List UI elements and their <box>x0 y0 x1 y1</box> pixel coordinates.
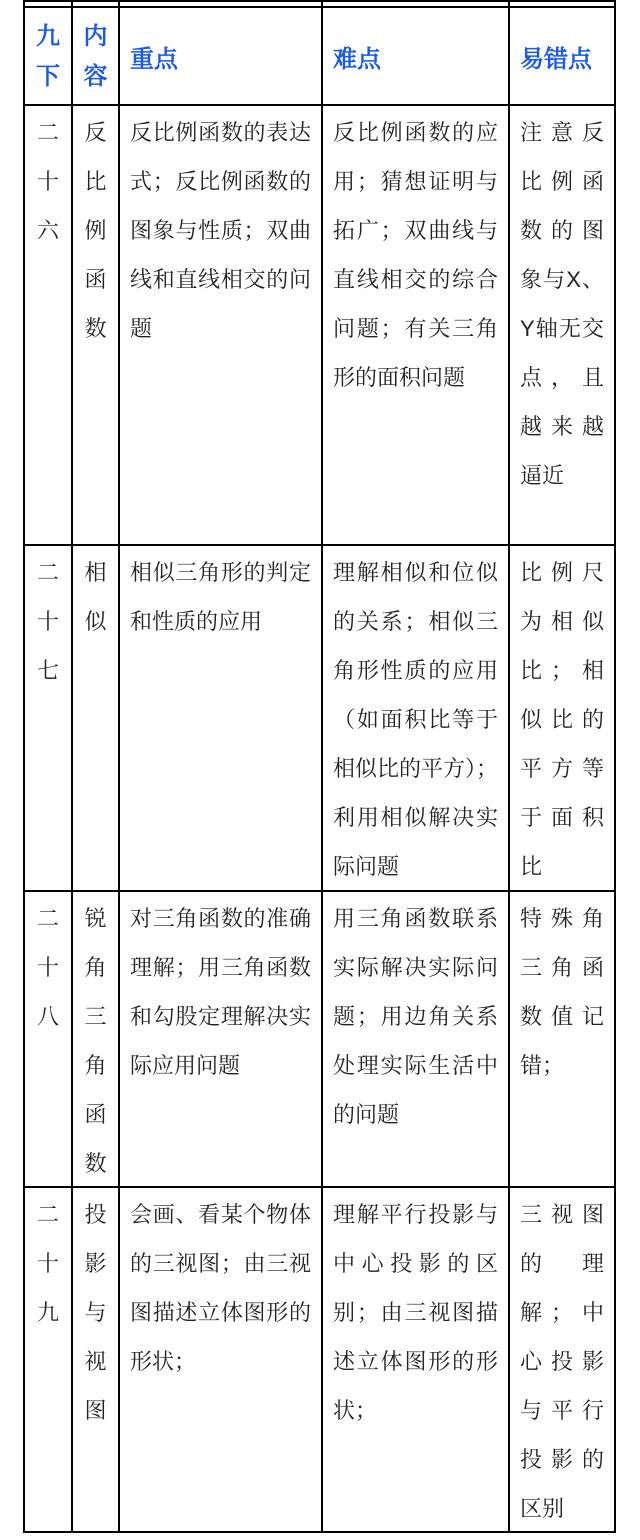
row-29-key-points-cell: 会画、看某个物体的三视图；由三视图描述立体图形的形状； <box>120 1188 323 1531</box>
row-27-error-prone-cell: 比例尺为相似比；相似比的平方等于面积比 <box>510 546 614 892</box>
row-28-key-points: 对三角函数的准确理解；用三角函数和勾股定理解决实际应用问题 <box>130 906 311 1078</box>
header-cell-difficult-points: 难点 <box>323 8 510 106</box>
row-26-difficult-points-cell: 反比例函数的应用；猜想证明与拓广；双曲线与直线相交的综合问题；有关三角形的面积问… <box>323 106 510 546</box>
row-28-chapter: 二十八 <box>36 894 60 1041</box>
row-26-error-prone-cell: 注意反比例函数的图象与X、Y轴无交点，且越来越逼近 <box>510 106 614 546</box>
row-29-topic: 投影与视图 <box>84 1190 108 1435</box>
row-27-difficult-points-cell: 理解相似和位似的关系；相似三角形性质的应用（如面积比等于相似比的平方）；利用相似… <box>323 546 510 892</box>
row-27-key-points: 相似三角形的判定和性质的应用 <box>130 560 311 634</box>
row-29-difficult-points-cell: 理解平行投影与中心投影的区别；由三视图描述立体图形的形状； <box>323 1188 510 1531</box>
row-29-chapter-cell: 二十九 <box>25 1188 73 1531</box>
header-key-points-label: 重点 <box>130 39 178 74</box>
header-content-label: 内容 <box>83 17 109 97</box>
page: 九下 内容 重点 难点 易错点 二十六 反比例函数 反比例函数的表达式；反比例函… <box>0 0 640 1540</box>
row-27-chapter-cell: 二十七 <box>25 546 73 892</box>
row-28-topic-cell: 锐角三角函数 <box>73 892 120 1188</box>
row-28-error-prone-cell: 特殊角三角函数值记错； <box>510 892 614 1188</box>
row-26-chapter: 二十六 <box>36 108 60 255</box>
header-cell-grade: 九下 <box>25 8 73 106</box>
header-grade-label: 九下 <box>35 17 61 97</box>
row-29-chapter: 二十九 <box>36 1190 60 1337</box>
row-28-error-prone: 特殊角三角函数值记错； <box>520 906 604 1078</box>
row-28-difficult-points: 用三角函数联系实际解决实际问题；用边角关系处理实际生活中的问题 <box>333 906 498 1127</box>
header-difficult-points-label: 难点 <box>333 39 381 74</box>
row-29-error-prone: 三视图的理解；中心投影与平行投影的区别 <box>520 1202 604 1521</box>
curriculum-table: 九下 内容 重点 难点 易错点 二十六 反比例函数 反比例函数的表达式；反比例函… <box>23 0 616 1533</box>
row-28-topic: 锐角三角函数 <box>84 894 108 1188</box>
row-29-key-points: 会画、看某个物体的三视图；由三视图描述立体图形的形状； <box>130 1202 311 1374</box>
row-27-topic: 相似 <box>84 548 108 646</box>
row-27-error-prone: 比例尺为相似比；相似比的平方等于面积比 <box>520 560 604 879</box>
row-26-key-points-cell: 反比例函数的表达式；反比例函数的图象与性质；双曲线和直线相交的问题 <box>120 106 323 546</box>
row-28-difficult-points-cell: 用三角函数联系实际解决实际问题；用边角关系处理实际生活中的问题 <box>323 892 510 1188</box>
row-28-chapter-cell: 二十八 <box>25 892 73 1188</box>
row-27-difficult-points: 理解相似和位似的关系；相似三角形性质的应用（如面积比等于相似比的平方）；利用相似… <box>333 560 498 879</box>
header-error-prone-label: 易错点 <box>520 39 592 74</box>
row-26-error-prone: 注意反比例函数的图象与X、Y轴无交点，且越来越逼近 <box>520 120 604 488</box>
row-26-chapter-cell: 二十六 <box>25 106 73 546</box>
row-27-key-points-cell: 相似三角形的判定和性质的应用 <box>120 546 323 892</box>
row-26-topic: 反比例函数 <box>84 108 108 353</box>
row-26-key-points: 反比例函数的表达式；反比例函数的图象与性质；双曲线和直线相交的问题 <box>130 120 311 341</box>
row-28-key-points-cell: 对三角函数的准确理解；用三角函数和勾股定理解决实际应用问题 <box>120 892 323 1188</box>
header-cell-content: 内容 <box>73 8 120 106</box>
row-29-error-prone-cell: 三视图的理解；中心投影与平行投影的区别 <box>510 1188 614 1531</box>
row-29-difficult-points: 理解平行投影与中心投影的区别；由三视图描述立体图形的形状； <box>333 1202 498 1423</box>
header-cell-key-points: 重点 <box>120 8 323 106</box>
row-26-difficult-points: 反比例函数的应用；猜想证明与拓广；双曲线与直线相交的综合问题；有关三角形的面积问… <box>333 120 498 390</box>
header-cell-error-prone: 易错点 <box>510 8 614 106</box>
row-29-topic-cell: 投影与视图 <box>73 1188 120 1531</box>
row-26-topic-cell: 反比例函数 <box>73 106 120 546</box>
row-27-topic-cell: 相似 <box>73 546 120 892</box>
row-27-chapter: 二十七 <box>36 548 60 695</box>
